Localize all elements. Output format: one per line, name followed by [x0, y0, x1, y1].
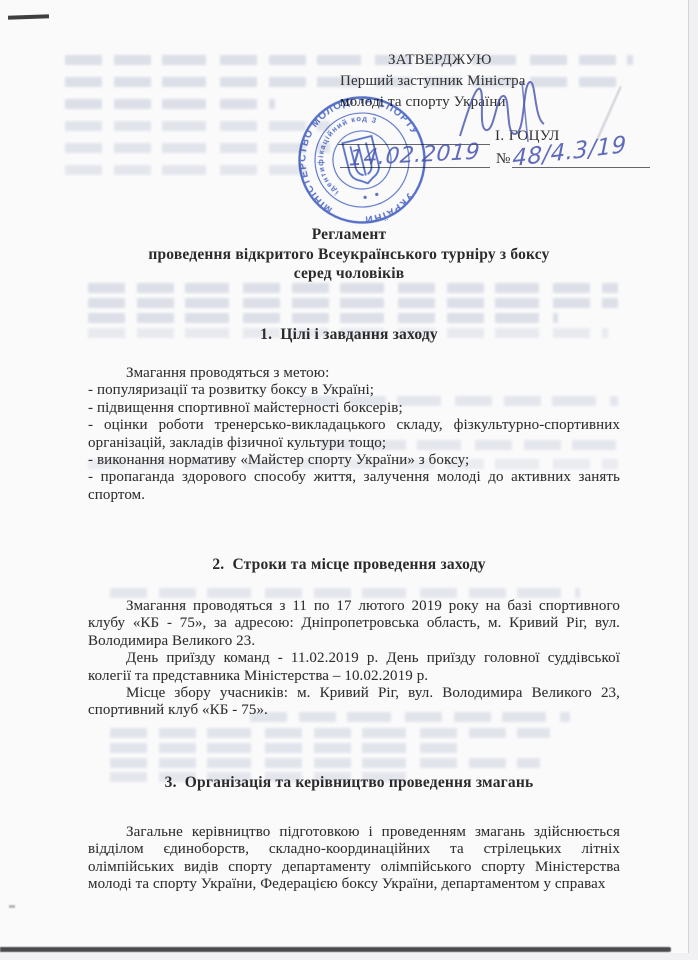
section3-body: Загальне керівництво підготовкою і прове…	[88, 824, 620, 894]
page-bottom-margin	[0, 953, 698, 960]
title-line1: Регламент	[83, 225, 615, 245]
bleedthrough-line	[65, 99, 275, 109]
section1-heading: 1. Цілі і завдання заходу	[83, 326, 615, 344]
bleedthrough-line	[65, 165, 315, 175]
section1-intro: Змагання проводяться з метою:	[88, 365, 620, 382]
page-right-edge	[688, 0, 698, 960]
section2-paragraph: Місце збору учасників: м. Кривий Ріг, ву…	[88, 685, 620, 720]
scanned-document-page: ЗАТВЕРДЖУЮ Перший заступник Міністра мол…	[0, 0, 698, 960]
bleedthrough-line	[110, 728, 550, 738]
title-line3: серед чоловіків	[83, 264, 615, 284]
section1-item: - пропаганда здорового способу життя, за…	[88, 469, 620, 504]
section1-item: - підвищення спортивної майстерності бок…	[88, 400, 620, 417]
bleedthrough-line	[110, 588, 580, 598]
section2-heading: 2. Строки та місце проведення заходу	[83, 556, 615, 574]
stamp-separator-dot	[375, 193, 379, 197]
stamp-separator-dot	[363, 195, 367, 199]
section2-body: Змагання проводяться з 11 по 17 лютого 2…	[88, 598, 620, 720]
section3-paragraph: Загальне керівництво підготовкою і прове…	[88, 824, 620, 894]
bleedthrough-line	[88, 283, 618, 293]
section3-heading: 3. Організація та керівництво проведення…	[83, 774, 615, 792]
signature-ink	[452, 76, 572, 148]
bleedthrough-line	[110, 758, 540, 768]
document-title: Регламент проведення відкритого Всеукраї…	[83, 225, 615, 284]
stamp-ring-text-bottom: УКРАЇНИ	[359, 189, 419, 227]
section1-item: - популяризації та розвитку боксу в Укра…	[88, 382, 620, 399]
scan-speck	[9, 905, 15, 908]
bleedthrough-line	[110, 743, 460, 753]
svg-text:УКРАЇНИ: УКРАЇНИ	[359, 189, 419, 227]
scanner-mark	[8, 14, 49, 19]
number-sign: №	[496, 151, 510, 168]
section1-item: - оцінки роботи тренерсько-викладацького…	[88, 417, 620, 452]
section2-paragraph: Змагання проводяться з 11 по 17 лютого 2…	[88, 598, 620, 650]
section2-paragraph: День приїзду команд - 11.02.2019 р. День…	[88, 650, 620, 685]
section1-item: - виконання нормативу «Майстер спорту Ук…	[88, 452, 620, 469]
section1-body: Змагання проводяться з метою: - популяри…	[88, 365, 620, 504]
bleedthrough-line	[88, 313, 558, 323]
scan-edge-line	[0, 947, 671, 952]
title-line2: проведення відкритого Всеукраїнського ту…	[83, 245, 615, 265]
approve-label: ЗАТВЕРДЖУЮ	[340, 50, 640, 71]
bleedthrough-line	[88, 298, 618, 308]
